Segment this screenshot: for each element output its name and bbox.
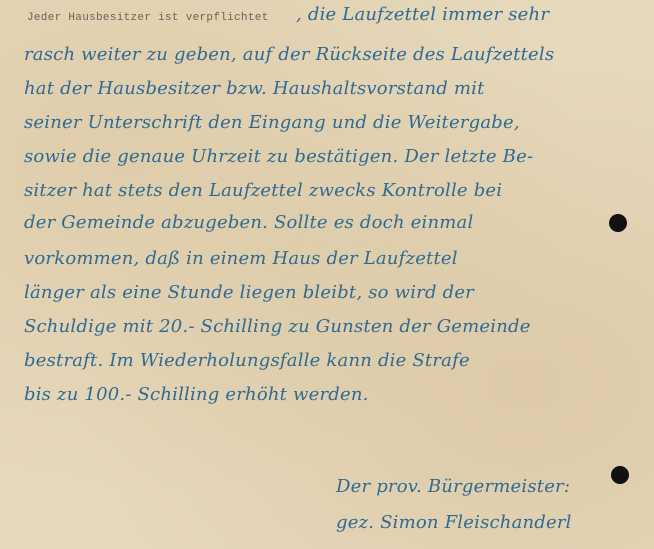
handwritten-line: länger als eine Stunde liegen bleibt, so…: [24, 282, 474, 303]
handwritten-line: seiner Unterschrift den Eingang und die …: [24, 112, 520, 133]
handwritten-line: hat der Hausbesitzer bzw. Haushaltsvorst…: [24, 78, 485, 99]
signature-title: Der prov. Bürgermeister:: [336, 476, 570, 497]
handwritten-line: bestraft. Im Wiederholungsfalle kann die…: [24, 350, 470, 371]
handwritten-line: sowie die genaue Uhrzeit zu bestätigen. …: [24, 146, 533, 167]
handwritten-line: sitzer hat stets den Laufzettel zwecks K…: [24, 180, 502, 201]
punch-hole: [609, 214, 627, 232]
signature-name: gez. Simon Fleischanderl: [336, 512, 572, 533]
typed-text: Jeder Hausbesitzer ist verpflichtet: [27, 12, 269, 24]
handwritten-line: Schuldige mit 20.- Schilling zu Gunsten …: [24, 316, 531, 337]
handwritten-line: rasch weiter zu geben, auf der Rückseite…: [24, 44, 554, 65]
document-page: Jeder Hausbesitzer ist verpflichtet , di…: [0, 0, 654, 549]
handwritten-line: vorkommen, daß in einem Haus der Laufzet…: [24, 248, 458, 269]
handwritten-line: , die Laufzettel immer sehr: [296, 4, 549, 25]
handwritten-line: der Gemeinde abzugeben. Sollte es doch e…: [24, 212, 473, 233]
handwritten-line: bis zu 100.- Schilling erhöht werden.: [24, 384, 369, 405]
punch-hole: [611, 466, 629, 484]
